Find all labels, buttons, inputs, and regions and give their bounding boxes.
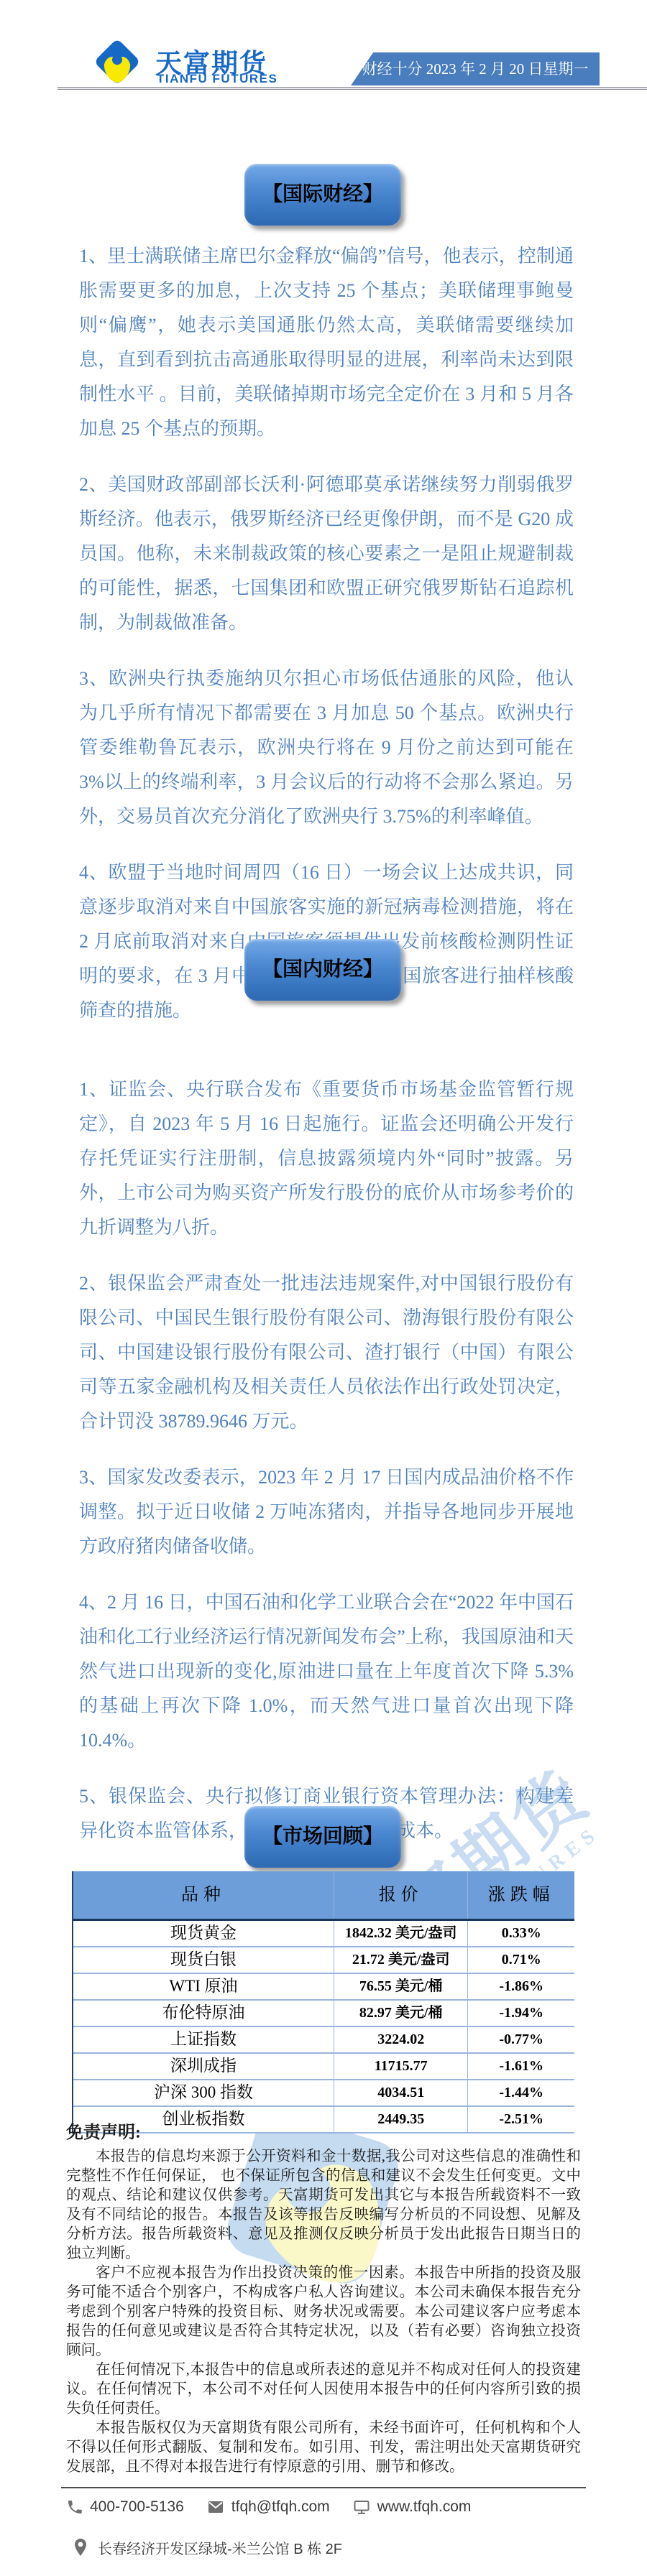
domestic-paragraph-4: 4、2 月 16 日，中国石油和化学工业联合会在“2022 年中国石油和化工行业… xyxy=(79,1585,574,1758)
footer-contacts: 400-700-5136 tfqh@tfqh.com www.tfqh.com xyxy=(66,2498,471,2516)
cell-change: -1.61% xyxy=(467,2054,574,2079)
date-banner: 财经十分 2023 年 2 月 20 日星期一 xyxy=(351,52,600,85)
domestic-paragraph-3: 3、国家发改委表示，2023 年 2 月 17 日国内成品油价格不作调整。拟于近… xyxy=(79,1460,574,1564)
table-row: 沪深 300 指数 4034.51 -1.44% xyxy=(73,2080,574,2107)
cell-change: -1.44% xyxy=(467,2080,574,2105)
col-header-product: 品种 xyxy=(73,1871,334,1919)
cell-product: 沪深 300 指数 xyxy=(73,2080,334,2105)
domestic-news: 1、证监会、央行联合发布《重要货币市场基金监管暂行规定》，自 2023 年 5 … xyxy=(79,1072,574,1870)
cell-quote: 82.97 美元/桶 xyxy=(334,2001,467,2026)
domestic-paragraph-2: 2、银保监会严肃查处一批违法违规案件,对中国银行股份有限公司、中国民生银行股份有… xyxy=(79,1266,574,1439)
header-divider xyxy=(58,87,647,90)
phone-icon xyxy=(66,2498,83,2516)
intl-paragraph-3: 3、欧洲央行执委施纳贝尔担心市场低估通胀的风险，他认为几乎所有情况下都需要在 3… xyxy=(79,662,574,834)
table-header-row: 品种 报价 涨跌幅 xyxy=(73,1871,574,1921)
table-row: 布伦特原油 82.97 美元/桶 -1.94% xyxy=(73,2001,574,2027)
website-icon xyxy=(352,2498,371,2516)
cell-change: -0.77% xyxy=(467,2027,574,2052)
table-row: 现货白银 21.72 美元/盎司 0.71% xyxy=(73,1947,574,1974)
email-icon xyxy=(206,2498,225,2516)
domestic-paragraph-1: 1、证监会、央行联合发布《重要货币市场基金监管暂行规定》，自 2023 年 5 … xyxy=(79,1072,574,1245)
table-row: WTI 原油 76.55 美元/桶 -1.86% xyxy=(73,1974,574,2001)
cell-quote: 4034.51 xyxy=(334,2080,467,2105)
disclaimer-paragraph-1: 本报告的信息均来源于公开资料和金十数据,我公司对这些信息的准确性和完整性不作任何… xyxy=(66,2147,581,2264)
company-address: 长春经济开发区绿城-米兰公馆 B 栋 2F xyxy=(98,2537,342,2558)
table-row: 现货黄金 1842.32 美元/盎司 0.33% xyxy=(73,1921,574,1947)
disclaimer-paragraph-3: 在任何情况下,本报告中的信息或所表述的意见并不构成对任何人的投资建议。在任何情况… xyxy=(66,2360,581,2419)
cell-product: 深圳成指 xyxy=(73,2054,334,2079)
footer-address-row: 长春经济开发区绿城-米兰公馆 B 栋 2F xyxy=(72,2537,342,2558)
footer-divider xyxy=(61,2487,586,2488)
brand-subtitle: TIANFU FUTURES xyxy=(157,72,277,86)
cell-product: 布伦特原油 xyxy=(73,2001,334,2026)
cell-change: 0.33% xyxy=(467,1921,574,1946)
disclaimer-title: 免责声明: xyxy=(66,2118,581,2143)
location-pin-icon xyxy=(72,2538,89,2558)
cell-product: WTI 原油 xyxy=(73,1974,334,1999)
section-title-international: 【国际财经】 xyxy=(244,164,401,226)
phone-number: 400-700-5136 xyxy=(90,2498,184,2516)
section-title-domestic: 【国内财经】 xyxy=(244,939,401,1001)
cell-product: 现货白银 xyxy=(73,1947,334,1973)
cell-quote: 11715.77 xyxy=(334,2054,467,2079)
intl-paragraph-1: 1、里士满联储主席巴尔金释放“偏鸽”信号，他表示，控制通胀需要更多的加息，上次支… xyxy=(79,239,574,446)
cell-product: 上证指数 xyxy=(73,2027,334,2052)
cell-quote: 1842.32 美元/盎司 xyxy=(334,1921,467,1946)
disclaimer-section: 免责声明: 本报告的信息均来源于公开资料和金十数据,我公司对这些信息的准确性和完… xyxy=(66,2118,581,2477)
cell-quote: 21.72 美元/盎司 xyxy=(334,1947,467,1973)
intl-paragraph-2: 2、美国财政部副部长沃利·阿德耶莫承诺继续努力削弱俄罗斯经济。他表示，俄罗斯经济… xyxy=(79,468,574,640)
cell-quote: 76.55 美元/桶 xyxy=(334,1974,467,1999)
disclaimer-paragraph-2: 客户不应视本报告为作出投资决策的惟一因素。本报告中所指的投资及服务可能不适合个别… xyxy=(66,2264,581,2360)
cell-change: -1.86% xyxy=(467,1974,574,1999)
international-news: 1、里士满联储主席巴尔金释放“偏鸽”信号，他表示，控制通胀需要更多的加息，上次支… xyxy=(79,239,574,1050)
cell-quote: 3224.02 xyxy=(334,2027,467,2052)
website-url: www.tfqh.com xyxy=(377,2498,472,2516)
financial-daily-report: 天富期货 TIANFU FUTURES 财经十分 2023 年 2 月 20 日… xyxy=(0,0,647,2576)
cell-product: 现货黄金 xyxy=(73,1921,334,1946)
cell-change: -1.94% xyxy=(467,2001,574,2026)
tianfu-logo-icon xyxy=(92,36,142,88)
email-address: tfqh@tfqh.com xyxy=(231,2498,330,2516)
col-header-change: 涨跌幅 xyxy=(467,1871,574,1919)
table-row: 上证指数 3224.02 -0.77% xyxy=(73,2027,574,2054)
market-table: 品种 报价 涨跌幅 现货黄金 1842.32 美元/盎司 0.33% 现货白银 … xyxy=(72,1871,574,2133)
disclaimer-paragraph-4: 本报告版权仅为天富期货有限公司所有，未经书面许可，任何机构和个人不得以任何形式翻… xyxy=(66,2419,581,2477)
table-row: 深圳成指 11715.77 -1.61% xyxy=(73,2054,574,2080)
section-title-market-review: 【市场回顾】 xyxy=(244,1806,401,1868)
col-header-quote: 报价 xyxy=(334,1871,467,1919)
cell-change: 0.71% xyxy=(467,1947,574,1973)
